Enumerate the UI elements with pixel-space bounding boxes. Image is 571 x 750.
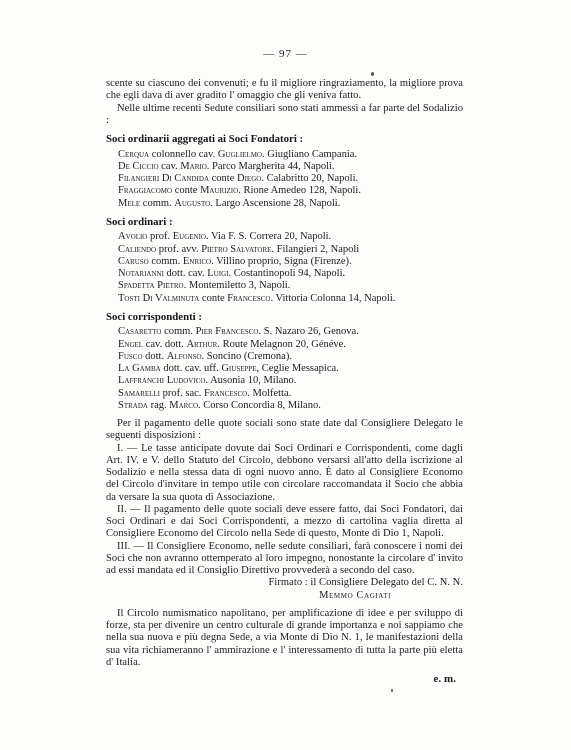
- member-line: Fraggiacomo conte Maurizio. Rione Amedeo…: [118, 185, 463, 197]
- member-line: Caliendo prof. avv. Pietro Salvatore. Fi…: [118, 244, 463, 256]
- member-line: Filangieri Di Candida conte Diego. Calab…: [118, 173, 463, 185]
- section-heading-soci-corrispondenti: Soci corrispondenti :: [106, 311, 463, 324]
- disposition-1: I. — Le tasse anticipate dovute dai Soci…: [106, 443, 463, 504]
- section-heading-soci-ordinari: Soci ordinari :: [106, 216, 463, 229]
- opening-paragraph: scente su ciascuno dei convenuti; e fu i…: [106, 78, 463, 103]
- member-list-soci-aggregati: Cerqua colonnello cav. Guglielmo. Giugli…: [106, 149, 463, 210]
- section-soci-corrispondenti: Soci corrispondenti : Casaretto comm. Pi…: [106, 311, 463, 412]
- member-list-soci-corrispondenti: Casaretto comm. Pier Francesco. S. Nazar…: [106, 326, 463, 412]
- member-line: Notarianni dott. cav. Luigi. Costantinop…: [118, 268, 463, 280]
- member-line: La Gamba dott. cav. uff. Giuseppe, Cegli…: [118, 363, 463, 375]
- member-line: Spadetta Pietro. Montemiletto 3, Napoli.: [118, 280, 463, 292]
- scan-speck: [371, 72, 374, 76]
- member-line: Casaretto comm. Pier Francesco. S. Nazar…: [118, 326, 463, 338]
- member-line: Tosti Di Valminuta conte Francesco. Vitt…: [118, 293, 463, 305]
- scan-speck: [391, 689, 393, 692]
- member-line: Fusco dott. Alfonso. Soncino (Cremona).: [118, 351, 463, 363]
- payment-intro-paragraph: Per il pagamento delle quote sociali son…: [106, 418, 463, 443]
- member-line: Laffranchi Ludovico. Ausonia 10, Milano.: [118, 375, 463, 387]
- member-line: Cerqua colonnello cav. Guglielmo. Giugli…: [118, 149, 463, 161]
- section-soci-aggregati: Soci ordinarii aggregati ai Soci Fondato…: [106, 133, 463, 210]
- text-block: scente su ciascuno dei convenuti; e fu i…: [106, 78, 463, 685]
- member-list-soci-ordinari: Avolio prof. Eugenio. Via F. S. Correra …: [106, 231, 463, 305]
- closing-paragraph: Il Circolo numismatico napolitano, per a…: [106, 608, 463, 669]
- disposition-2: II. — Il pagamento delle quote sociali d…: [106, 504, 463, 541]
- member-line: Mele comm. Augusto. Largo Ascensione 28,…: [118, 198, 463, 210]
- signature-line: Firmato : il Consigliere Delegato del C.…: [106, 577, 463, 589]
- member-line: Caruso comm. Enrico. Villino proprio, Si…: [118, 256, 463, 268]
- page-number: — 97 —: [0, 0, 571, 60]
- section-heading-soci-aggregati: Soci ordinarii aggregati ai Soci Fondato…: [106, 133, 463, 146]
- member-line: Avolio prof. Eugenio. Via F. S. Correra …: [118, 231, 463, 243]
- section-soci-ordinari: Soci ordinari : Avolio prof. Eugenio. Vi…: [106, 216, 463, 305]
- member-line: Strada rag. Marco. Corso Concordia 8, Mi…: [118, 400, 463, 412]
- member-line: De Ciccio cav. Mario. Parco Margherita 4…: [118, 161, 463, 173]
- signatory-name: Memmo Cagiati: [106, 590, 463, 602]
- member-line: Engel cav. dott. Arthur. Route Melagnon …: [118, 339, 463, 351]
- document-page: — 97 — scente su ciascuno dei convenuti;…: [0, 0, 571, 750]
- member-line: Samarelli prof. sac. Francesco. Molfetta…: [118, 388, 463, 400]
- admission-paragraph: Nelle ultime recenti Sedute consiliari s…: [106, 103, 463, 128]
- editor-initials: e. m.: [106, 673, 463, 685]
- disposition-3: III. — Il Consigliere Economo, nelle sed…: [106, 541, 463, 578]
